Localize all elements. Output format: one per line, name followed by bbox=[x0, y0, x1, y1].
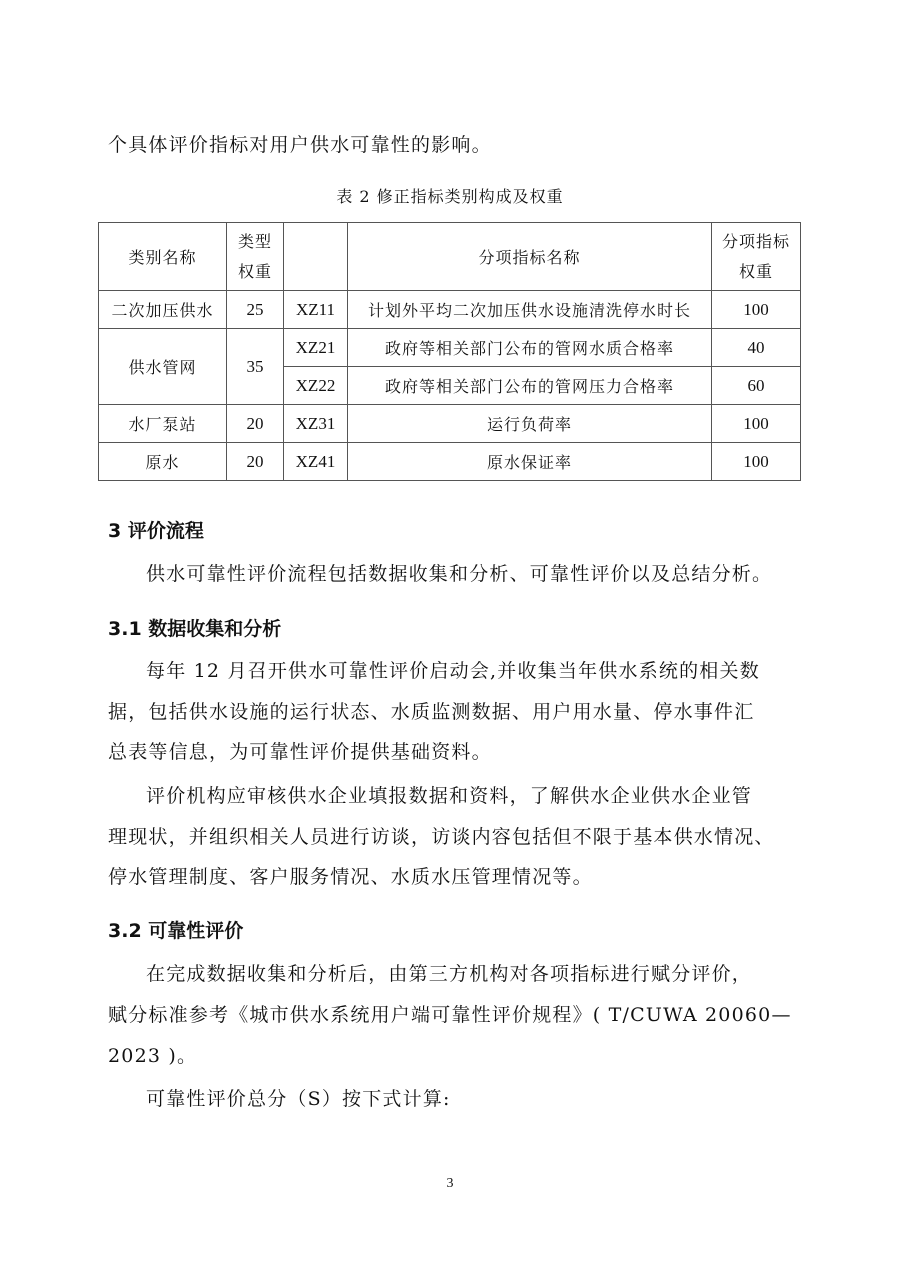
cell-code: XZ21 bbox=[284, 329, 348, 367]
table-row: 二次加压供水 25 XZ11 计划外平均二次加压供水设施清洗停水时长 100 bbox=[99, 291, 801, 329]
cell-category: 二次加压供水 bbox=[99, 291, 227, 329]
header-code bbox=[284, 223, 348, 291]
cell-weight: 100 bbox=[712, 291, 801, 329]
table-row: 水厂泵站 20 XZ31 运行负荷率 100 bbox=[99, 405, 801, 443]
document-page: 个具体评价指标对用户供水可靠性的影响。 表 2 修正指标类别构成及权重 类别名称… bbox=[0, 0, 900, 1272]
header-type-weight: 类型权重 bbox=[227, 223, 284, 291]
header-item-name: 分项指标名称 bbox=[348, 223, 712, 291]
cell-type-weight: 20 bbox=[227, 405, 284, 443]
section-3-1-p2-line1: 评价机构应审核供水企业填报数据和资料，了解供水企业供水企业管 bbox=[146, 781, 752, 808]
cell-weight: 60 bbox=[712, 367, 801, 405]
cell-category: 供水管网 bbox=[99, 329, 227, 405]
section-3-1-p1-line1: 每年 12 月召开供水可靠性评价启动会,并收集当年供水系统的相关数 bbox=[146, 656, 760, 683]
section-3-1-p1-line3: 总表等信息，为可靠性评价提供基础资料。 bbox=[108, 737, 492, 764]
header-type-weight-line1: 类型 bbox=[238, 232, 272, 251]
cell-type-weight: 25 bbox=[227, 291, 284, 329]
cell-weight: 100 bbox=[712, 405, 801, 443]
header-item-weight-line2: 权重 bbox=[739, 262, 773, 281]
cell-item: 政府等相关部门公布的管网压力合格率 bbox=[348, 367, 712, 405]
cell-item: 运行负荷率 bbox=[348, 405, 712, 443]
table-row: 供水管网 35 XZ21 政府等相关部门公布的管网水质合格率 40 bbox=[99, 329, 801, 367]
cell-category: 水厂泵站 bbox=[99, 405, 227, 443]
page-number: 3 bbox=[0, 1176, 900, 1192]
cell-weight: 100 bbox=[712, 443, 801, 481]
cell-type-weight: 35 bbox=[227, 329, 284, 405]
table-row: 原水 20 XZ41 原水保证率 100 bbox=[99, 443, 801, 481]
cell-item: 原水保证率 bbox=[348, 443, 712, 481]
section-3-2-heading: 3.2 可靠性评价 bbox=[108, 916, 243, 943]
table-caption: 表 2 修正指标类别构成及权重 bbox=[0, 184, 900, 207]
cell-weight: 40 bbox=[712, 329, 801, 367]
cell-item: 政府等相关部门公布的管网水质合格率 bbox=[348, 329, 712, 367]
section-3-2-p1-line1: 在完成数据收集和分析后，由第三方机构对各项指标进行赋分评价， bbox=[146, 959, 752, 986]
header-item-weight-line1: 分项指标 bbox=[722, 232, 790, 251]
intro-line: 个具体评价指标对用户供水可靠性的影响。 bbox=[108, 130, 492, 157]
section-3-2-p1-line3: 2023 )。 bbox=[108, 1041, 197, 1068]
cell-code: XZ11 bbox=[284, 291, 348, 329]
section-3-2-p1-line2: 赋分标准参考《城市供水系统用户端可靠性评价规程》( T/CUWA 20060— bbox=[108, 1000, 792, 1027]
cell-category: 原水 bbox=[99, 443, 227, 481]
section-3-1-p2-line2: 理现状，并组织相关人员进行访谈，访谈内容包括但不限于基本供水情况、 bbox=[108, 822, 775, 849]
section-3-1-p2-line3: 停水管理制度、客户服务情况、水质水压管理情况等。 bbox=[108, 862, 593, 889]
section-3-heading: 3 评价流程 bbox=[108, 516, 204, 543]
table-header-row: 类别名称 类型权重 分项指标名称 分项指标权重 bbox=[99, 223, 801, 291]
section-3-2-p2: 可靠性评价总分（S）按下式计算: bbox=[146, 1084, 451, 1111]
section-3-paragraph: 供水可靠性评价流程包括数据收集和分析、可靠性评价以及总结分析。 bbox=[146, 559, 772, 586]
header-item-weight: 分项指标权重 bbox=[712, 223, 801, 291]
section-3-1-p1-line2: 据，包括供水设施的运行状态、水质监测数据、用户用水量、停水事件汇 bbox=[108, 697, 754, 724]
header-category: 类别名称 bbox=[99, 223, 227, 291]
cell-code: XZ31 bbox=[284, 405, 348, 443]
cell-type-weight: 20 bbox=[227, 443, 284, 481]
cell-item: 计划外平均二次加压供水设施清洗停水时长 bbox=[348, 291, 712, 329]
section-3-1-heading: 3.1 数据收集和分析 bbox=[108, 614, 281, 641]
weights-table: 类别名称 类型权重 分项指标名称 分项指标权重 二次加压供水 25 XZ11 计… bbox=[98, 222, 801, 481]
cell-code: XZ22 bbox=[284, 367, 348, 405]
header-type-weight-line2: 权重 bbox=[238, 262, 272, 281]
cell-code: XZ41 bbox=[284, 443, 348, 481]
